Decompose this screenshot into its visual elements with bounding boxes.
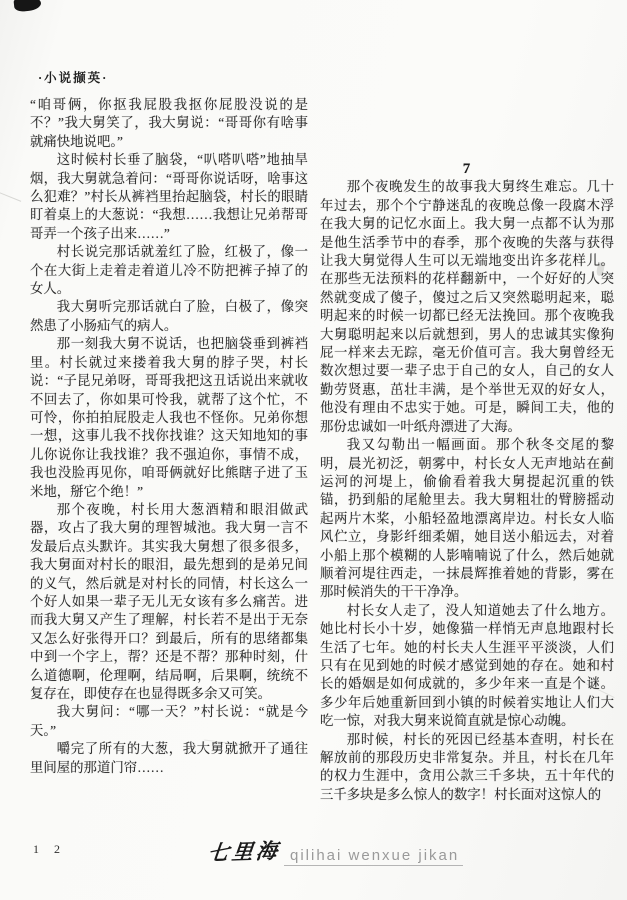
chapter-number: 7 xyxy=(320,160,614,178)
journal-logo-calligraphy: 七里海 xyxy=(206,835,281,867)
paragraph: 那时候，村长的死因已经基本查明，村长在解放前的那段历史非常复杂。并且，村长在几年… xyxy=(320,731,614,805)
paragraph: 村长女人走了，没人知道她去了什么地方。她比村长小十岁，她像猫一样悄无声息地跟村长… xyxy=(320,602,614,731)
page-number: 1 2 xyxy=(33,842,66,857)
paragraph: 我又勾勒出一幅画面。那个秋冬交尾的黎明，晨光初泛，朝雾中，村长女人无声地站在蓟运… xyxy=(320,436,614,602)
paragraph: 这时候村长垂了脑袋，“叭嗒叭嗒”地抽旱烟，我大舅就急着问：“哥哥你说话呀，啥事这… xyxy=(30,151,308,243)
scanned-magazine-page: ·小说撷英· “咱哥俩，你抠我屁股我抠你屁股没说的是不？”我大舅笑了，我大舅说：… xyxy=(0,0,627,900)
paragraph: 嚼完了所有的大葱，我大舅就掀开了通往里间屋的那道门帘…… xyxy=(30,740,308,777)
right-column-paragraphs: 那个夜晚发生的故事我大舅终生难忘。几十年过去，那个个宁静迷乱的夜晚总像一段腐木浮… xyxy=(320,178,614,804)
paragraph: 村长说完那话就羞红了脸，红极了，像一个在大街上走着走着道儿冷不防把裤子掉了的女人… xyxy=(30,243,308,298)
scan-artifact-scratch xyxy=(0,191,21,202)
paragraph: 我大舅问：“哪一天？”村长说：“就是今天。” xyxy=(30,703,308,740)
page-footer: 1 2 七里海 qilihai wenxue jikan xyxy=(0,836,627,876)
journal-subtitle: qilihai wenxue jikan xyxy=(284,847,463,866)
paragraph: “咱哥俩，你抠我屁股我抠你屁股没说的是不？”我大舅笑了，我大舅说：“哥哥你有啥事… xyxy=(30,96,308,151)
right-text-column: 7 那个夜晚发生的故事我大舅终生难忘。几十年过去，那个个宁静迷乱的夜晚总像一段腐… xyxy=(320,160,614,804)
paragraph: 那个夜晚发生的故事我大舅终生难忘。几十年过去，那个个宁静迷乱的夜晚总像一段腐木浮… xyxy=(320,178,614,436)
scan-artifact-blob xyxy=(13,0,41,12)
paragraph: 那个夜晚，村长用大葱酒精和眼泪做武器，攻占了我大舅的理智城池。我大舅一言不发最后… xyxy=(30,501,308,703)
paragraph: 那一刻我大舅不说话，也把脑袋垂到裤裆里。村长就过来搂着我大舅的脖子哭，村长说：“… xyxy=(30,335,308,501)
journal-mark: 七里海 qilihai wenxue jikan xyxy=(208,836,463,866)
section-header: ·小说撷英· xyxy=(38,68,108,86)
left-text-column: “咱哥俩，你抠我屁股我抠你屁股没说的是不？”我大舅笑了，我大舅说：“哥哥你有啥事… xyxy=(30,96,308,777)
paragraph: 我大舅听完那话就白了脸，白极了，像突然患了小肠疝气的病人。 xyxy=(30,298,308,335)
